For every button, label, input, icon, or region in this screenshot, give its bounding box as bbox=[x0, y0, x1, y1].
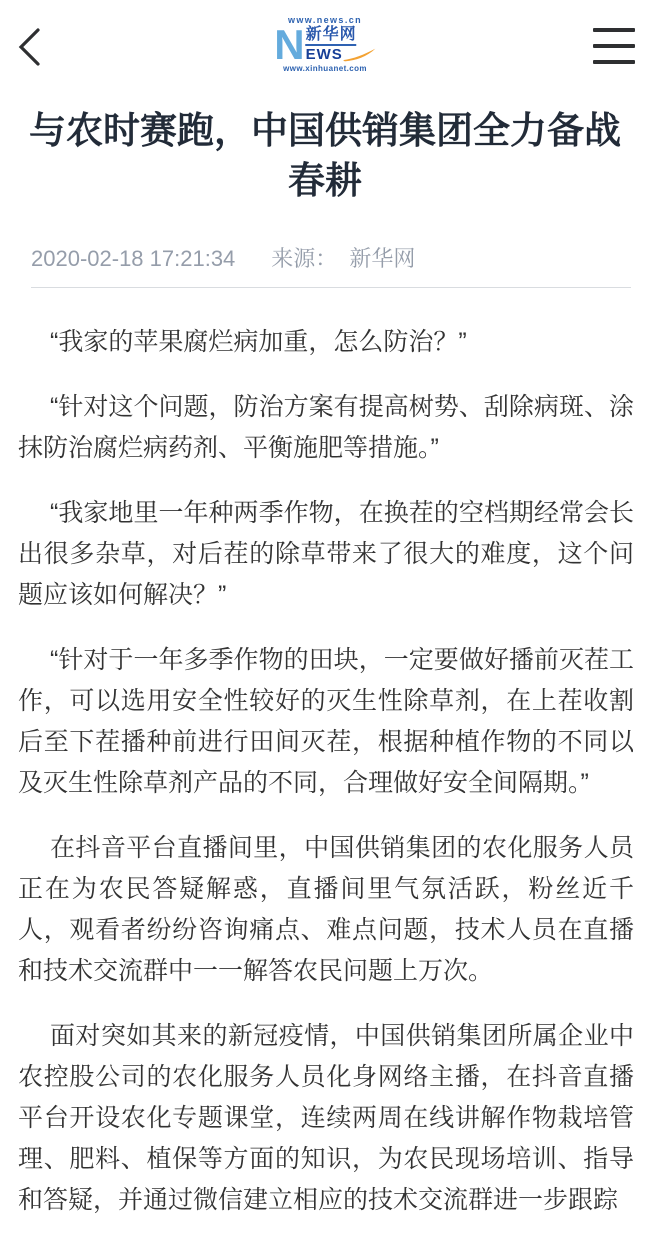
article-title: 与农时赛跑，中国供销集团全力备战春耕 bbox=[20, 106, 630, 206]
back-button[interactable] bbox=[16, 26, 42, 71]
source-label: 来源： bbox=[271, 242, 337, 273]
article-paragraph: “我家的苹果腐烂病加重，怎么防治？” bbox=[18, 322, 634, 363]
logo-letter-n: N bbox=[274, 27, 303, 63]
publish-time: 2020-02-18 17:21:34 bbox=[31, 246, 235, 272]
logo-bottom-url: www.xinhuanet.com bbox=[274, 65, 376, 73]
logo-ews-text: EWS bbox=[306, 47, 343, 62]
article-paragraph: “针对于一年多季作物的田块，一定要做好播前灭茬工作，可以选用安全性较好的灭生性除… bbox=[18, 640, 634, 804]
menu-button[interactable] bbox=[593, 28, 635, 64]
article-main: 与农时赛跑，中国供销集团全力备战春耕 2020-02-18 17:21:34 来… bbox=[0, 106, 650, 1221]
hamburger-icon bbox=[593, 28, 635, 64]
divider bbox=[31, 287, 631, 288]
article-paragraph: 在抖音平台直播间里，中国供销集团的农化服务人员正在为农民答疑解惑，直播间里气氛活… bbox=[18, 828, 634, 992]
back-chevron-icon bbox=[16, 26, 42, 68]
logo-swoosh-icon bbox=[342, 48, 376, 62]
article-meta: 2020-02-18 17:21:34 来源： 新华网 bbox=[31, 242, 620, 273]
source-name: 新华网 bbox=[349, 242, 415, 273]
article-body: “我家的苹果腐烂病加重，怎么防治？” “针对这个问题，防治方案有提高树势、刮除病… bbox=[0, 322, 650, 1221]
article-paragraph: 面对突如其来的新冠疫情，中国供销集团所属企业中农控股公司的农化服务人员化身网络主… bbox=[18, 1016, 634, 1221]
news-article-page: www.news.cn N 新华网 EWS www.xinhuanet.com bbox=[0, 0, 650, 1221]
article-paragraph: “我家地里一年种两季作物，在换茬的空档期经常会长出很多杂草，对后茬的除草带来了很… bbox=[18, 493, 634, 616]
xinhuanet-logo[interactable]: www.news.cn N 新华网 EWS www.xinhuanet.com bbox=[274, 16, 376, 73]
logo-chinese-name: 新华网 bbox=[306, 27, 357, 46]
logo-mark: N 新华网 EWS bbox=[274, 27, 376, 63]
article-paragraph: “针对这个问题，防治方案有提高树势、刮除病斑、涂抹防治腐烂病药剂、平衡施肥等措施… bbox=[18, 387, 634, 469]
header: www.news.cn N 新华网 EWS www.xinhuanet.com bbox=[0, 0, 650, 100]
